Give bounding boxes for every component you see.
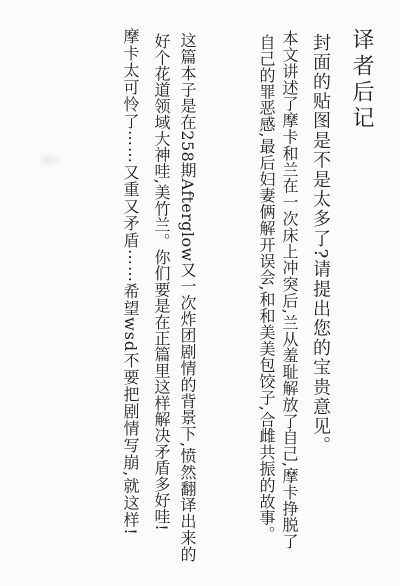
- para-synopsis-column-2: 自己的罪恶感,最后妇妻俩解开误会,和和美美包饺子,合雌共振的故事。: [258, 34, 274, 542]
- para-synopsis-column-1: 本文讲述了摩卡和兰在一次床上冲突后,兰从羞耻解放了自己,摩卡挣脱了: [281, 30, 297, 549]
- para-translation-context-column: 这篇本子是在258期Afterglow又一次炸团剧情的背景下,愤然翻译出来的: [179, 32, 195, 562]
- page-title: 译者后记: [350, 28, 372, 132]
- para-comment-moca-column: 摩卡太可怜了⋯⋯又重又矛盾⋯⋯希望wsd不要把剧情写崩,就这样!: [122, 28, 138, 536]
- para-cover-note-column: 封面的贴图是不是太多了?请提出您的宝贵意见。: [311, 33, 329, 456]
- scanned-afterword-page: 译者后记 封面的贴图是不是太多了?请提出您的宝贵意见。 本文讲述了摩卡和兰在一次…: [0, 0, 400, 586]
- para-comment-ran-column: 好个花道领域大神哇,美竹兰。你们要是在正篇里这样解决矛盾多好哇!: [153, 33, 169, 531]
- scan-smudge-artifact: [36, 152, 62, 168]
